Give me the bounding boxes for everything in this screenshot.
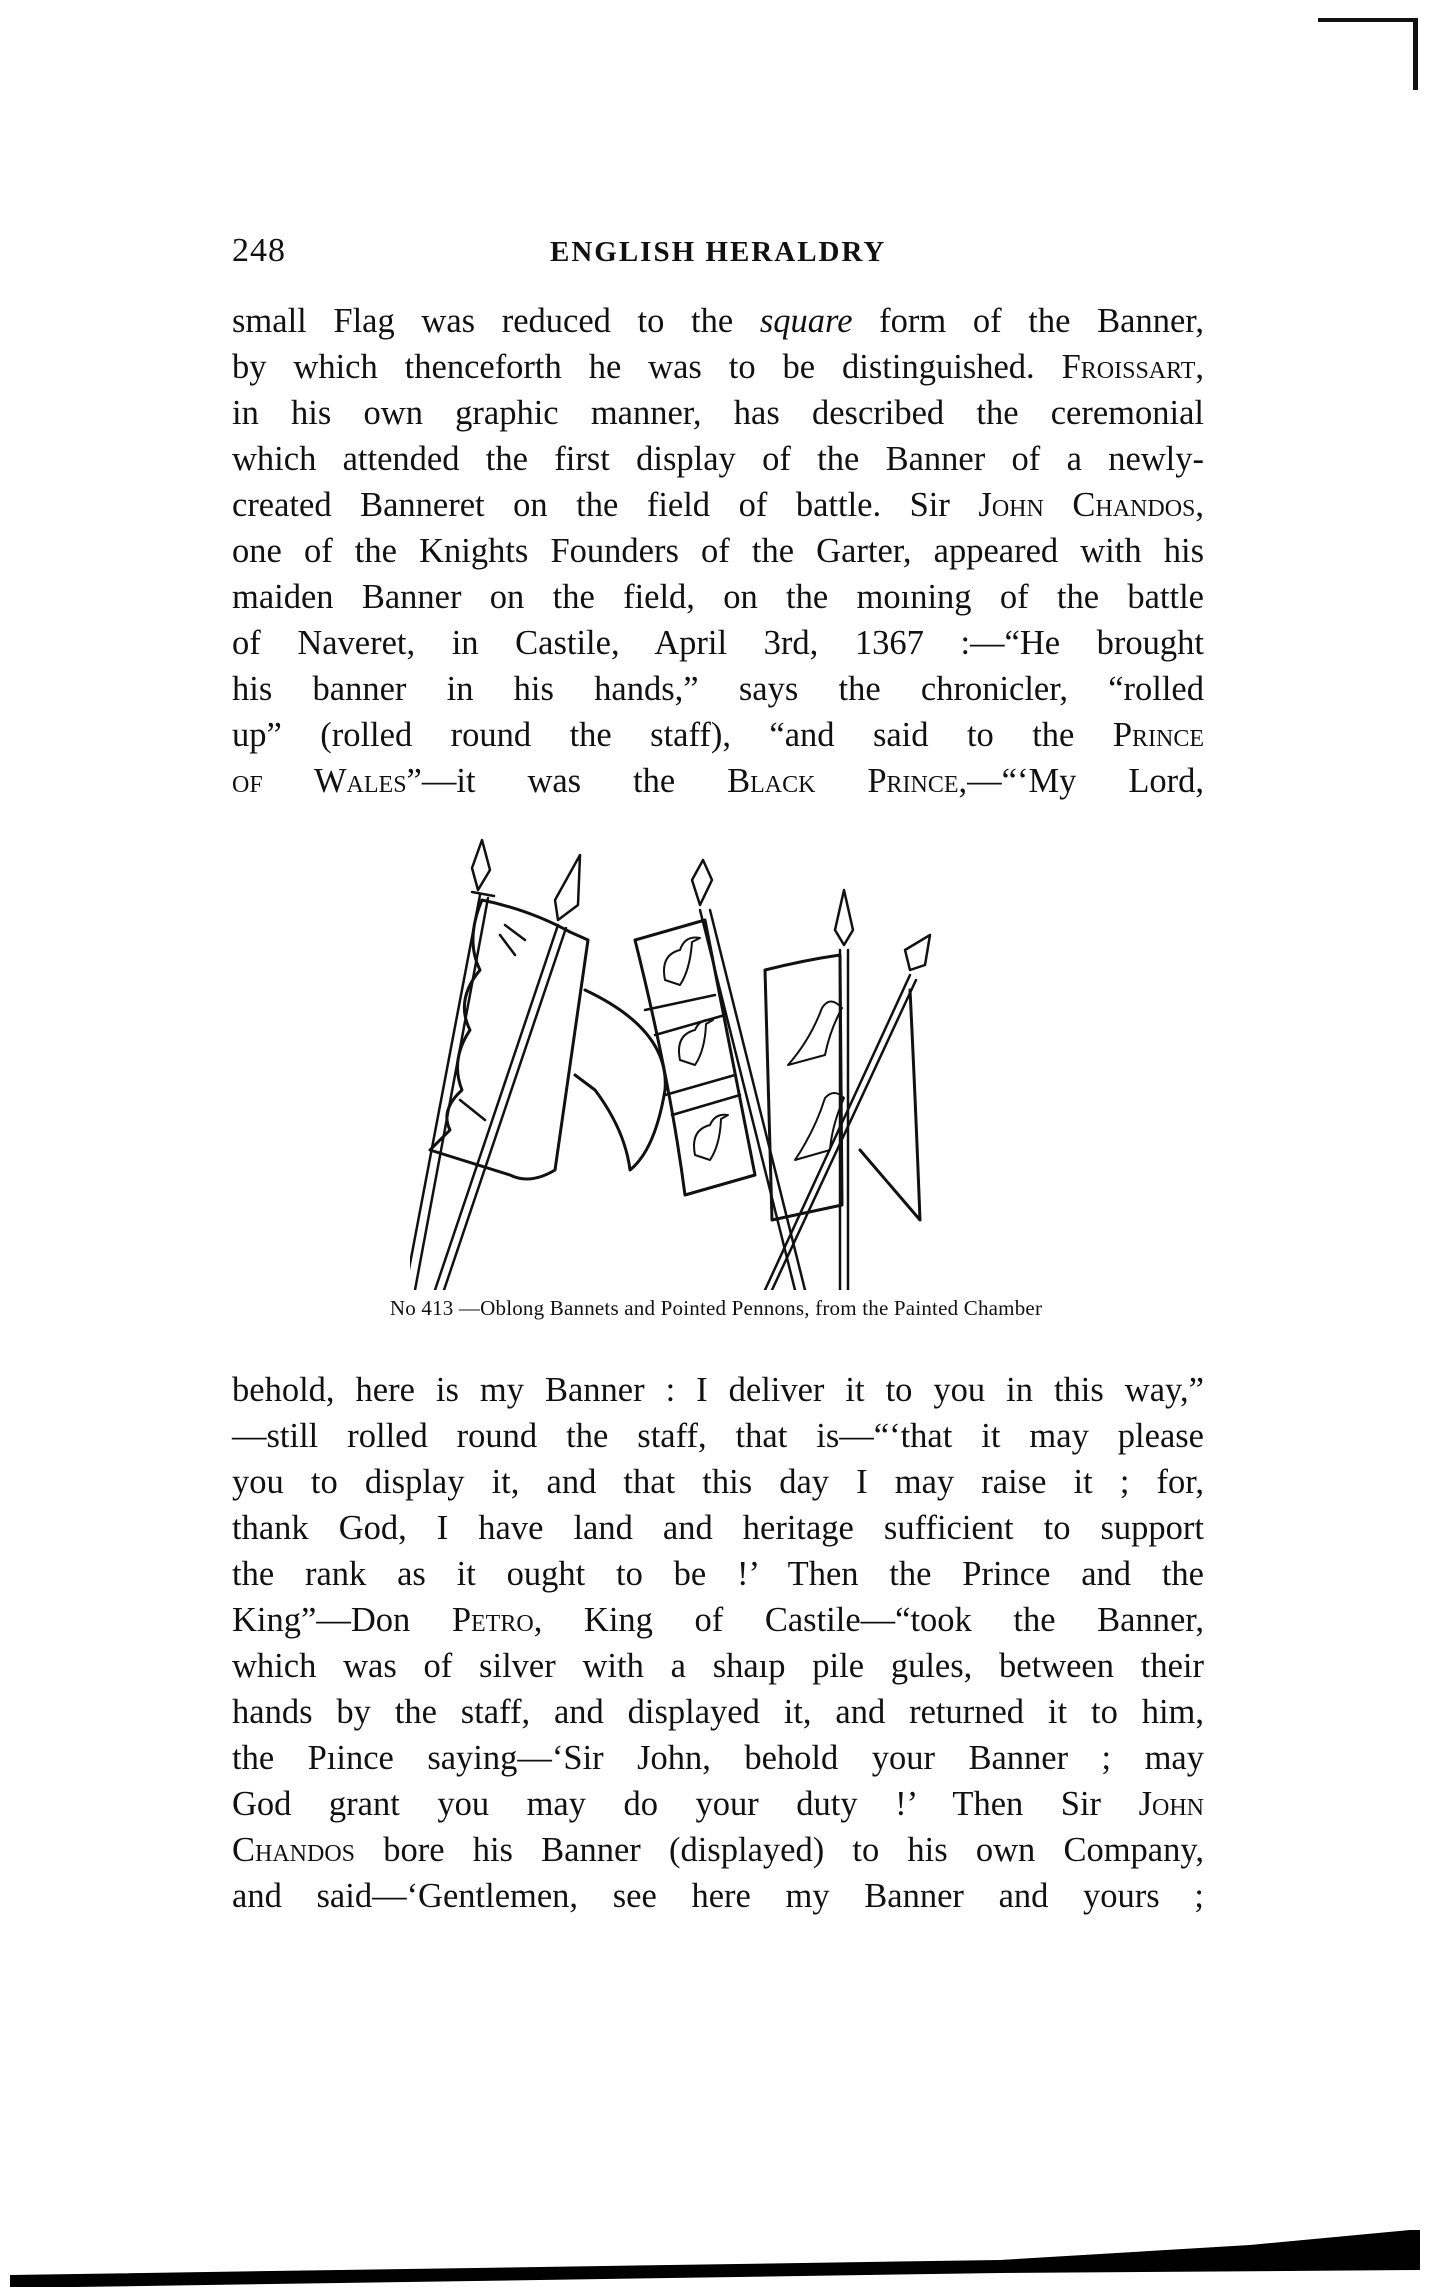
text-line: up” (rolled round the staff), “and said … <box>232 712 1204 758</box>
text-line: the rank as it ought to be !’ Then the P… <box>232 1551 1204 1597</box>
text-line: maiden Banner on the field, on the moıni… <box>232 574 1204 620</box>
text-line: thank God, I have land and heritage suff… <box>232 1505 1204 1551</box>
small-caps-name: Black Prince <box>727 762 958 800</box>
text-line: hands by the staff, and displayed it, an… <box>232 1689 1204 1735</box>
text-line: in his own graphic manner, has described… <box>232 390 1204 436</box>
text-run: square <box>760 302 853 340</box>
corner-mark-horizontal <box>1318 18 1418 22</box>
body-text-top: small Flag was reduced to the square for… <box>232 298 1204 804</box>
text-run: King”—Don <box>232 1601 452 1639</box>
scan-bottom-edge <box>0 2190 1432 2287</box>
text-run: small Flag was reduced to the <box>232 302 760 340</box>
text-line: the Pıince saying—‘Sir John, behold your… <box>232 1735 1204 1781</box>
text-run: ,—“‘My Lord, <box>959 762 1204 800</box>
text-run: his banner in his hands,” says the chron… <box>232 670 1204 708</box>
pointed-pennon <box>860 990 920 1220</box>
text-run: of Naveret, in Castile, April 3rd, 1367 … <box>232 624 1204 662</box>
staff-icon <box>835 890 853 1290</box>
text-run: up” (rolled round the staff), “and said … <box>232 716 1113 754</box>
text-run: God grant you may do your duty !’ Then S… <box>232 1785 1139 1823</box>
text-line: God grant you may do your duty !’ Then S… <box>232 1781 1204 1827</box>
text-line: behold, here is my Banner : I deliver it… <box>232 1367 1204 1413</box>
text-run: by which thenceforth he was to be distin… <box>232 348 1062 386</box>
body-text-bottom: behold, here is my Banner : I deliver it… <box>232 1367 1204 1919</box>
text-run: in his own graphic manner, has described… <box>232 394 1204 432</box>
text-run: you to display it, and that this day I m… <box>232 1463 1204 1501</box>
text-line: King”—Don Petro, King of Castile—“took t… <box>232 1597 1204 1643</box>
banners-illustration <box>410 830 1070 1290</box>
text-line: of Wales”—it was the Black Prince,—“‘My … <box>232 758 1204 804</box>
text-line: —still rolled round the staff, that is—“… <box>232 1413 1204 1459</box>
text-run: hands by the staff, and displayed it, an… <box>232 1693 1204 1731</box>
text-line: his banner in his hands,” says the chron… <box>232 666 1204 712</box>
text-run: behold, here is my Banner : I deliver it… <box>232 1371 1204 1409</box>
small-caps-name: Petro <box>452 1601 534 1639</box>
figure-caption: No 413 —Oblong Bannets and Pointed Penno… <box>266 1296 1166 1321</box>
text-run: one of the Knights Founders of the Garte… <box>232 532 1204 570</box>
text-line: Chandos bore his Banner (displayed) to h… <box>232 1827 1204 1873</box>
text-run: , King of Castile—“took the Banner, <box>534 1601 1204 1639</box>
text-run: and said—‘Gentlemen, see here my Banner … <box>232 1877 1204 1915</box>
small-caps-name: Froissart <box>1062 348 1196 386</box>
text-run: which was of silver with a shaıp pile gu… <box>232 1647 1204 1685</box>
text-run: the rank as it ought to be !’ Then the P… <box>232 1555 1204 1593</box>
staff-icon <box>410 840 494 1290</box>
text-line: you to display it, and that this day I m… <box>232 1459 1204 1505</box>
small-caps-name: John Chandos <box>978 486 1195 524</box>
text-run: , <box>1195 486 1204 524</box>
text-line: which attended the first display of the … <box>232 436 1204 482</box>
text-run: form of the Banner, <box>853 302 1204 340</box>
text-line: and said—‘Gentlemen, see here my Banner … <box>232 1873 1204 1919</box>
text-line: small Flag was reduced to the square for… <box>232 298 1204 344</box>
staff-icon <box>692 860 805 1290</box>
text-run: bore his Banner (displayed) to his own C… <box>355 1831 1204 1869</box>
text-line: created Banneret on the field of battle.… <box>232 482 1204 528</box>
running-head: 248 ENGLISH HERALDRY <box>232 232 1204 276</box>
text-run: which attended the first display of the … <box>232 440 1204 478</box>
small-caps-name: John <box>1139 1785 1204 1823</box>
text-run: , <box>1195 348 1204 386</box>
small-caps-name: of Wales <box>232 762 407 800</box>
small-caps-name: Prince <box>1113 716 1204 754</box>
running-title: ENGLISH HERALDRY <box>550 236 886 269</box>
page-number: 248 <box>232 232 286 270</box>
text-run: ”—it was the <box>407 762 728 800</box>
text-run: maiden Banner on the field, on the moıni… <box>232 578 1204 616</box>
scan-corner-mark <box>1318 18 1418 90</box>
small-caps-name: Chandos <box>232 1831 355 1869</box>
text-line: by which thenceforth he was to be distin… <box>232 344 1204 390</box>
text-run: —still rolled round the staff, that is—“… <box>232 1417 1204 1455</box>
text-line: one of the Knights Founders of the Garte… <box>232 528 1204 574</box>
text-run: thank God, I have land and heritage suff… <box>232 1509 1204 1547</box>
text-line: of Naveret, in Castile, April 3rd, 1367 … <box>232 620 1204 666</box>
text-line: which was of silver with a shaıp pile gu… <box>232 1643 1204 1689</box>
text-run: created Banneret on the field of battle.… <box>232 486 978 524</box>
corner-mark-vertical <box>1413 18 1418 90</box>
text-run: the Pıince saying—‘Sir John, behold your… <box>232 1739 1204 1777</box>
